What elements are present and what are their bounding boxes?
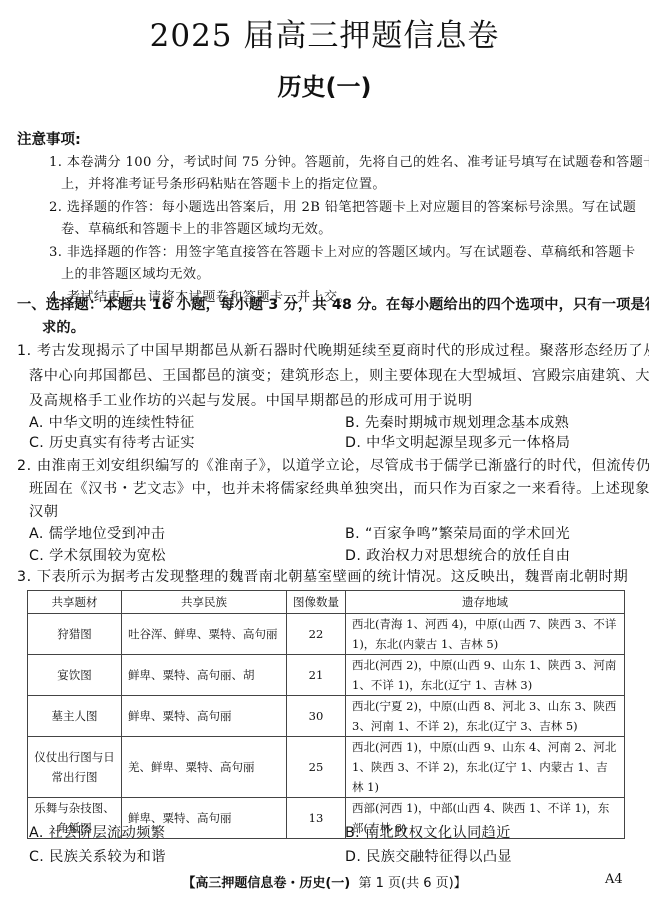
cell-ethnic-groups: 鲜卑、粟特、高句丽 xyxy=(122,696,287,737)
section-heading-cont: 求的。 xyxy=(42,317,85,337)
table-row: 狩猎图 吐谷浑、鲜卑、粟特、高句丽 22 西北(青海 1、河西 4)，中原(山西… xyxy=(28,614,625,655)
question-1-line-1: 1. 考古发现揭示了中国早期都邑从新石器时代晚期延续至夏商时代的形成过程。聚落形… xyxy=(17,340,649,360)
section-heading: 一、选择题：本题共 16 小题，每小题 3 分，共 48 分。在每小题给出的四个… xyxy=(17,294,649,314)
cell-regions: 西北(河西 1)，中原(山西 9、山东 4、河南 2、河北 1、陕西 3、不详 … xyxy=(346,737,625,798)
table-header-row: 共享题材 共享民族 图像数量 遗存地域 xyxy=(28,591,625,614)
cell-theme: 狩猎图 xyxy=(28,614,122,655)
paper-size-code: A4 xyxy=(605,872,623,887)
footer-page-number: 第 1 页(共 6 页)】 xyxy=(358,876,466,891)
question-2-line-2: 班固在《汉书・艺文志》中，也并未将儒家经典单独突出，而只作为百家之一来看待。上述… xyxy=(29,478,649,498)
exam-title: 2025 届高三押题信息卷 xyxy=(0,10,649,55)
question-2-option-b[interactable]: B. “百家争鸣”繁荣局面的学术回光 xyxy=(345,523,570,543)
cell-image-count: 25 xyxy=(287,737,346,798)
notice-line-3: 3. 非选择题的作答：用签字笔直接答在答题卡上对应的答题区域内。写在试题卷、草稿… xyxy=(49,241,635,260)
table-row: 墓主人图 鲜卑、粟特、高句丽 30 西北(宁夏 2)，中原(山西 8、河北 3、… xyxy=(28,696,625,737)
exam-subject: 历史(一) xyxy=(0,67,649,102)
notice-line-2: 2. 选择题的作答：每小题选出答案后，用 2B 铅笔把答题卡上对应题目的答案标号… xyxy=(49,196,636,215)
cell-theme: 墓主人图 xyxy=(28,696,122,737)
question-1-option-b[interactable]: B. 先秦时期城市规划理念基本成熟 xyxy=(345,412,569,432)
cell-image-count: 13 xyxy=(287,798,346,839)
cell-ethnic-groups: 吐谷浑、鲜卑、粟特、高句丽 xyxy=(122,614,287,655)
cell-image-count: 30 xyxy=(287,696,346,737)
cell-theme: 仪仗出行图与日常出行图 xyxy=(28,737,122,798)
mural-statistics-table: 共享题材 共享民族 图像数量 遗存地域 狩猎图 吐谷浑、鲜卑、粟特、高句丽 22… xyxy=(27,590,625,839)
footer-label: 【高三押题信息卷・历史(一) xyxy=(182,876,350,891)
question-2-option-c[interactable]: C. 学术氛围较为宽松 xyxy=(29,545,166,565)
question-1-line-3: 及高规格手工业作坊的兴起与发展。中国早期都邑的形成可用于说明 xyxy=(29,390,473,410)
question-2-line-1: 2. 由淮南王刘安组织编写的《淮南子》，以道学立论，尽管成书于儒学已渐盛行的时代… xyxy=(17,455,649,475)
question-2-option-a[interactable]: A. 儒学地位受到冲击 xyxy=(29,523,165,543)
question-1-option-a[interactable]: A. 中华文明的连续性特征 xyxy=(29,412,195,432)
cell-ethnic-groups: 鲜卑、粟特、高句丽、胡 xyxy=(122,655,287,696)
col-header-regions: 遗存地域 xyxy=(346,591,625,614)
col-header-theme: 共享题材 xyxy=(28,591,122,614)
notice-line-1: 1. 本卷满分 100 分，考试时间 75 分钟。答题前，先将自己的姓名、准考证… xyxy=(49,151,649,170)
question-3-option-d[interactable]: D. 民族交融特征得以凸显 xyxy=(345,846,512,866)
notice-heading: 注意事项: xyxy=(17,128,81,149)
question-2-option-d[interactable]: D. 政治权力对思想统合的放任自由 xyxy=(345,545,570,565)
notice-line-2-cont: 卷、草稿纸和答题卡上的非答题区域均无效。 xyxy=(61,218,332,237)
question-3-stem: 3. 下表所示为据考古发现整理的魏晋南北朝墓室壁画的统计情况。这反映出，魏晋南北… xyxy=(17,566,628,586)
col-header-ethnic-groups: 共享民族 xyxy=(122,591,287,614)
cell-image-count: 21 xyxy=(287,655,346,696)
col-header-image-count: 图像数量 xyxy=(287,591,346,614)
question-3-option-a[interactable]: A. 社会阶层流动频繁 xyxy=(29,822,165,842)
question-1-option-d[interactable]: D. 中华文明起源呈现多元一体格局 xyxy=(345,432,570,452)
notice-line-3-cont: 上的非答题区域均无效。 xyxy=(61,263,210,282)
question-2-line-3: 汉朝 xyxy=(29,501,59,521)
question-3-option-b[interactable]: B. 南北政权文化认同趋近 xyxy=(345,822,511,842)
cell-regions: 西北(青海 1、河西 4)，中原(山西 7、陕西 3、不详 1)，东北(内蒙古 … xyxy=(346,614,625,655)
cell-ethnic-groups: 羌、鲜卑、粟特、高句丽 xyxy=(122,737,287,798)
question-3-option-c[interactable]: C. 民族关系较为和谐 xyxy=(29,846,166,866)
notice-line-1-cont: 上，并将准考证号条形码粘贴在答题卡上的指定位置。 xyxy=(61,173,386,192)
cell-regions: 西北(河西 2)，中原(山西 9、山东 1、陕西 3、河南 1、不详 1)，东北… xyxy=(346,655,625,696)
cell-regions: 西北(宁夏 2)，中原(山西 8、河北 3、山东 3、陕西 3、河南 1、不详 … xyxy=(346,696,625,737)
question-1-option-c[interactable]: C. 历史真实有待考古证实 xyxy=(29,432,195,452)
table-row: 宴饮图 鲜卑、粟特、高句丽、胡 21 西北(河西 2)，中原(山西 9、山东 1… xyxy=(28,655,625,696)
table-row: 仪仗出行图与日常出行图 羌、鲜卑、粟特、高句丽 25 西北(河西 1)，中原(山… xyxy=(28,737,625,798)
question-1-line-2: 落中心向邦国都邑、王国都邑的演变；建筑形态上，则主要体现在大型城垣、宫殿宗庙建筑… xyxy=(29,365,649,385)
page-footer: 【高三押题信息卷・历史(一) 第 1 页(共 6 页)】 xyxy=(0,872,649,891)
cell-theme: 宴饮图 xyxy=(28,655,122,696)
cell-image-count: 22 xyxy=(287,614,346,655)
